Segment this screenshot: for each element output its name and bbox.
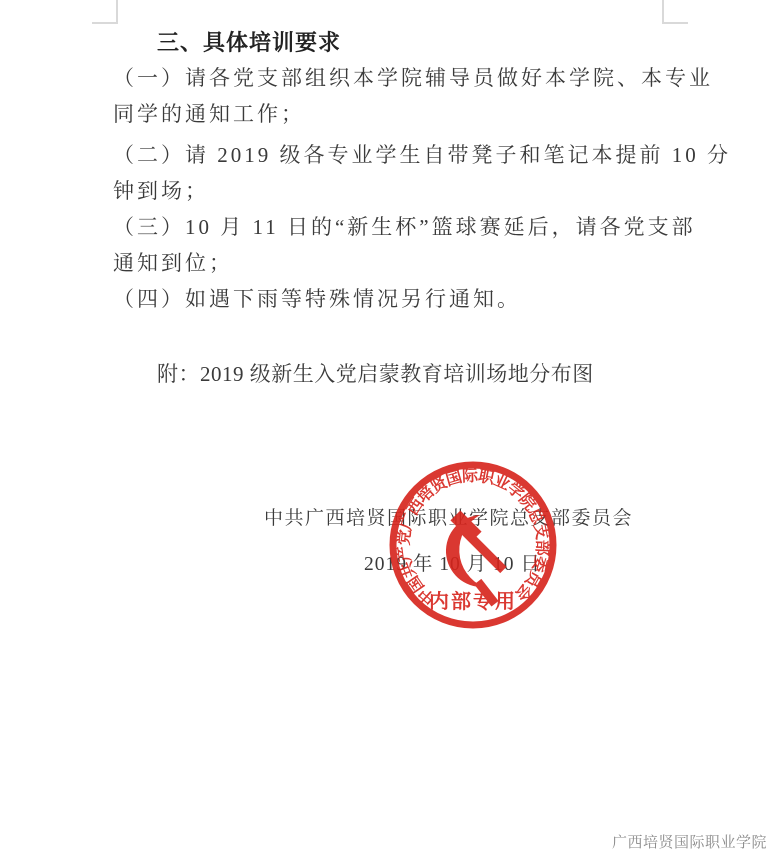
paragraph-line: （四）如遇下雨等特殊情况另行通知。 — [113, 285, 521, 313]
official-seal: 中国共产党广西培贤国际职业学院总支部委员会 内部专用 — [385, 457, 561, 633]
document-page: 三、具体培训要求 （一）请各党支部组织本学院辅导员做好本学院、本专业 同学的通知… — [0, 0, 780, 861]
paragraph-line: 同学的通知工作； — [113, 100, 305, 128]
section-heading: 三、具体培训要求 — [157, 28, 341, 58]
page-footer: 广西培贤国际职业学院 — [612, 833, 767, 853]
margin-crop-mark-left — [92, 0, 118, 24]
paragraph-line: （二）请 2019 级各专业学生自带凳子和笔记本提前 10 分 — [113, 141, 731, 169]
margin-crop-mark-right — [662, 0, 688, 24]
paragraph-line: （一）请各党支部组织本学院辅导员做好本学院、本专业 — [113, 64, 713, 92]
paragraph-line: （三）10 月 11 日的“新生杯”篮球赛延后，请各党支部 — [113, 213, 696, 241]
stamp-bottom-text: 内部专用 — [429, 589, 517, 613]
paragraph-line: 钟到场； — [113, 177, 209, 205]
paragraph-line: 通知到位； — [113, 249, 233, 277]
attachment-line: 附：2019 级新生入党启蒙教育培训场地分布图 — [157, 360, 594, 388]
